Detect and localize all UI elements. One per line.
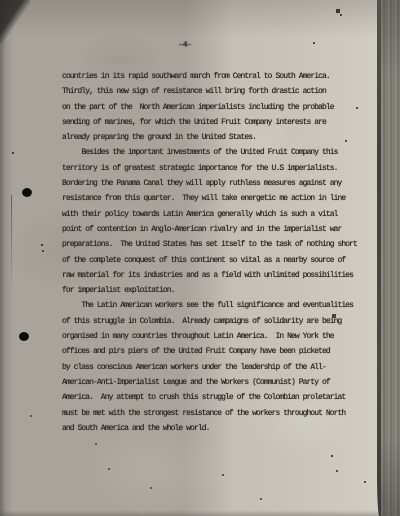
text-line: Bordering the Panama Canal they will app…	[62, 176, 362, 191]
text-line: and South America and the whole world.	[62, 421, 362, 436]
text-line: The Latin American workers see the full …	[62, 298, 362, 313]
text-line: Thirdly, this new sign of resistance wil…	[62, 84, 362, 99]
text-line: raw material for its industries and as a…	[62, 268, 362, 283]
text-line: of this struggle in Colombia. Already ca…	[62, 314, 362, 329]
text-line: with their policy towards Latin America …	[62, 207, 362, 222]
scanned-page: -4- countries in its rapid southward mar…	[0, 0, 400, 516]
text-line: must be met with the strongest resistanc…	[62, 406, 362, 421]
text-line: sending of marines, for which the United…	[62, 115, 362, 130]
text-line: of the complete conquest of this contine…	[62, 253, 362, 268]
text-line: point of contention in Anglo-American ri…	[62, 222, 362, 237]
top-edge-shadow	[0, 0, 400, 38]
text-line: for imperialist exploitation.	[62, 283, 362, 298]
page-number: -4-	[178, 41, 191, 49]
text-line: Besides the important investments of the…	[62, 145, 362, 160]
document-lines: countries in its rapid southward march f…	[62, 69, 362, 436]
ink-blot	[19, 332, 29, 341]
margin-crease	[11, 195, 12, 285]
text-line: countries in its rapid southward march f…	[62, 69, 362, 84]
text-line: by class conscious American workers unde…	[62, 360, 362, 375]
text-line: territory is of greatest strategic impor…	[62, 161, 362, 176]
text-line: already preparing the ground in the Unit…	[62, 130, 362, 145]
bottom-edge-shadow	[0, 510, 400, 516]
text-line: preparations. The United States has set …	[62, 237, 362, 252]
text-line: America. Any attempt to crush this strug…	[62, 390, 362, 405]
text-line: American-Anti-Imperialist League and the…	[62, 375, 362, 390]
text-line: offices and pirs piers of the United Fru…	[62, 344, 362, 359]
text-line: on the part of the North American imperi…	[62, 100, 362, 115]
noise-specks	[0, 0, 2, 2]
text-line: resistance from this quarter. They will …	[62, 191, 362, 206]
ink-blot	[22, 188, 32, 197]
scanner-bed-band	[381, 0, 400, 516]
text-line: organised in many countries throughout L…	[62, 329, 362, 344]
